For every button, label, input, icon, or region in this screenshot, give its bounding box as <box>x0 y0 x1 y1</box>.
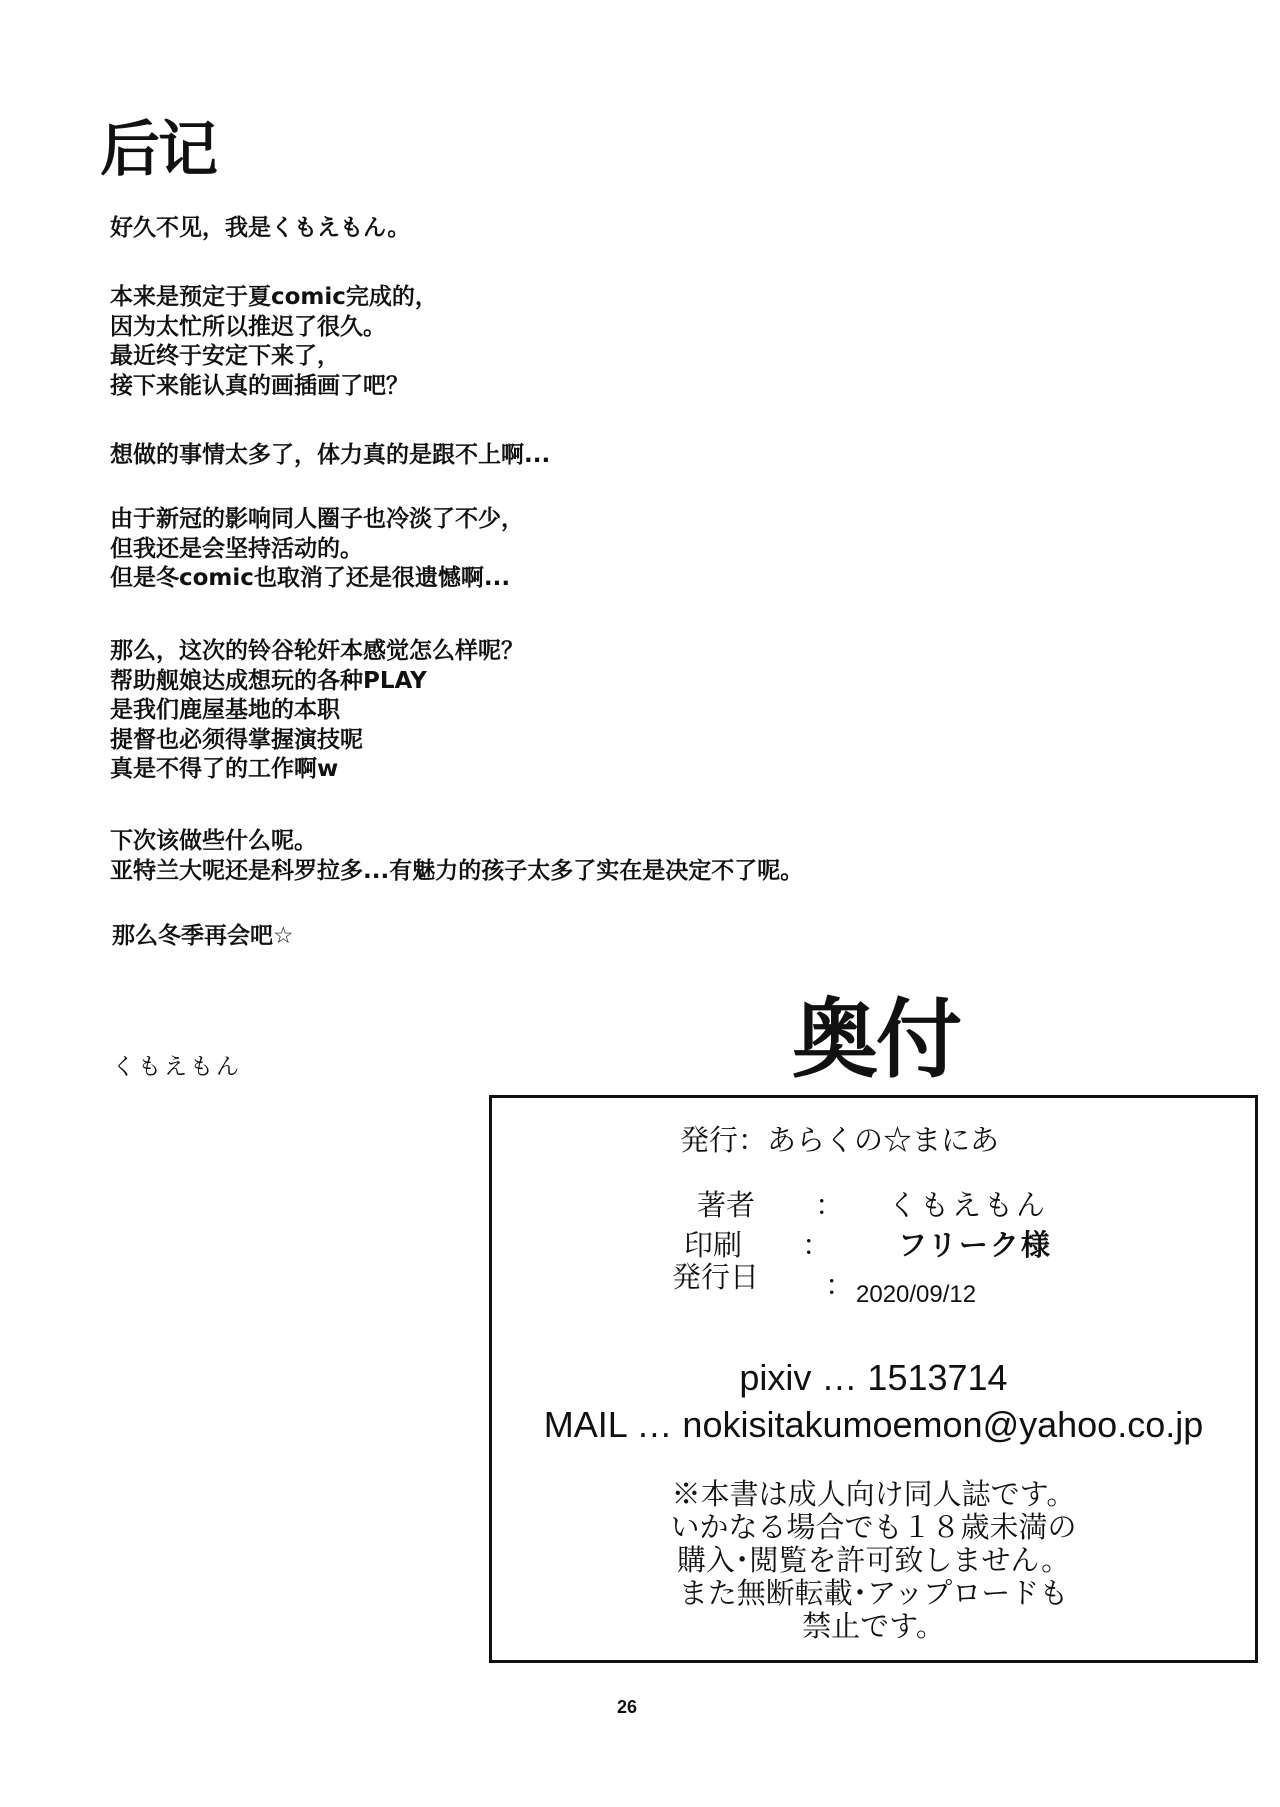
colophon-title: 奥付 <box>792 990 960 1090</box>
afterword-line: 但我还是会坚持活动的。 <box>110 535 524 565</box>
afterword-line: 接下来能认真的画插画了吧？ <box>110 372 438 402</box>
afterword-title: 后记 <box>100 112 216 188</box>
afterword-line: 是我们鹿屋基地的本职 <box>110 696 524 726</box>
publisher-value: あらくの☆まにあ <box>767 1123 999 1157</box>
printer-label: 印刷 <box>684 1228 742 1262</box>
afterword-line: 本来是预定于夏comic完成的， <box>110 283 438 313</box>
afterword-line: 提督也必须得掌握演技呢 <box>110 726 524 756</box>
afterword-line: 但是冬comic也取消了还是很遗憾啊... <box>110 564 524 594</box>
afterword-line: 亚特兰大呢还是科罗拉多...有魅力的孩子太多了实在是决定不了呢。 <box>110 857 803 887</box>
afterword-paragraph-3: 想做的事情太多了，体力真的是跟不上啊... <box>110 441 550 471</box>
afterword-line: 那么，这次的铃谷轮奸本感觉怎么样呢？ <box>110 637 524 667</box>
star-icon: ☆ <box>273 923 294 949</box>
publisher-label: 発行： <box>680 1123 767 1157</box>
author-separator: ： <box>815 1188 844 1222</box>
afterword-paragraph-6: 下次该做些什么呢。 亚特兰大呢还是科罗拉多...有魅力的孩子太多了实在是决定不了… <box>110 827 803 886</box>
afterword-paragraph-1: 好久不见，我是くもえもん。 <box>110 214 410 244</box>
afterword-line: 最近终于安定下来了， <box>110 342 438 372</box>
author-label: 著者 <box>697 1188 755 1222</box>
afterword-line: 下次该做些什么呢。 <box>110 827 803 857</box>
adult-notice: ※本書は成人向け同人誌です。 いかなる場合でも１８歳未満の 購入･閲覧を許可致し… <box>492 1478 1255 1643</box>
notice-line: いかなる場合でも１８歳未満の <box>492 1511 1255 1544</box>
mail-address: MAIL … nokisitakumoemon@yahoo.co.jp <box>492 1403 1255 1447</box>
afterword-line: 由于新冠的影响同人圈子也冷淡了不少， <box>110 505 524 535</box>
colophon-box: 発行：あらくの☆まにあ 著者 ： くもえもん 印刷 ： フリーク様 発行日 ： … <box>489 1095 1258 1663</box>
page-number: 26 <box>617 1695 637 1719</box>
notice-line: 禁止です。 <box>492 1610 1255 1643</box>
afterword-paragraph-4: 由于新冠的影响同人圈子也冷淡了不少， 但我还是会坚持活动的。 但是冬comic也… <box>110 505 524 594</box>
afterword-line: 帮助舰娘达成想玩的各种PLAY <box>110 667 524 697</box>
date-label: 発行日 <box>672 1260 759 1294</box>
publisher-row: 発行：あらくの☆まにあ <box>680 1123 999 1157</box>
author-value: くもえもん <box>888 1188 1048 1222</box>
notice-line: ※本書は成人向け同人誌です。 <box>492 1478 1255 1511</box>
afterword-closing: 那么冬季再会吧☆ <box>112 922 294 952</box>
author-signature: くもえもん <box>112 1052 242 1082</box>
afterword-paragraph-5: 那么，这次的铃谷轮奸本感觉怎么样呢？ 帮助舰娘达成想玩的各种PLAY 是我们鹿屋… <box>110 637 524 785</box>
closing-text: 那么冬季再会吧 <box>112 923 273 949</box>
afterword-line: 想做的事情太多了，体力真的是跟不上啊... <box>110 441 550 471</box>
notice-line: 購入･閲覧を許可致しません。 <box>492 1544 1255 1577</box>
notice-line: また無断転載･アップロードも <box>492 1577 1255 1610</box>
afterword-line: 真是不得了的工作啊w <box>110 755 524 785</box>
date-value: 2020/09/12 <box>856 1278 976 1312</box>
date-separator: ： <box>825 1268 854 1302</box>
printer-separator: ： <box>802 1228 831 1262</box>
afterword-line: 因为太忙所以推迟了很久。 <box>110 313 438 343</box>
pixiv-id: pixiv … 1513714 <box>492 1356 1255 1400</box>
printer-value: フリーク様 <box>898 1228 1052 1262</box>
afterword-paragraph-2: 本来是预定于夏comic完成的， 因为太忙所以推迟了很久。 最近终于安定下来了，… <box>110 283 438 401</box>
afterword-line: 好久不见，我是くもえもん。 <box>110 214 410 244</box>
